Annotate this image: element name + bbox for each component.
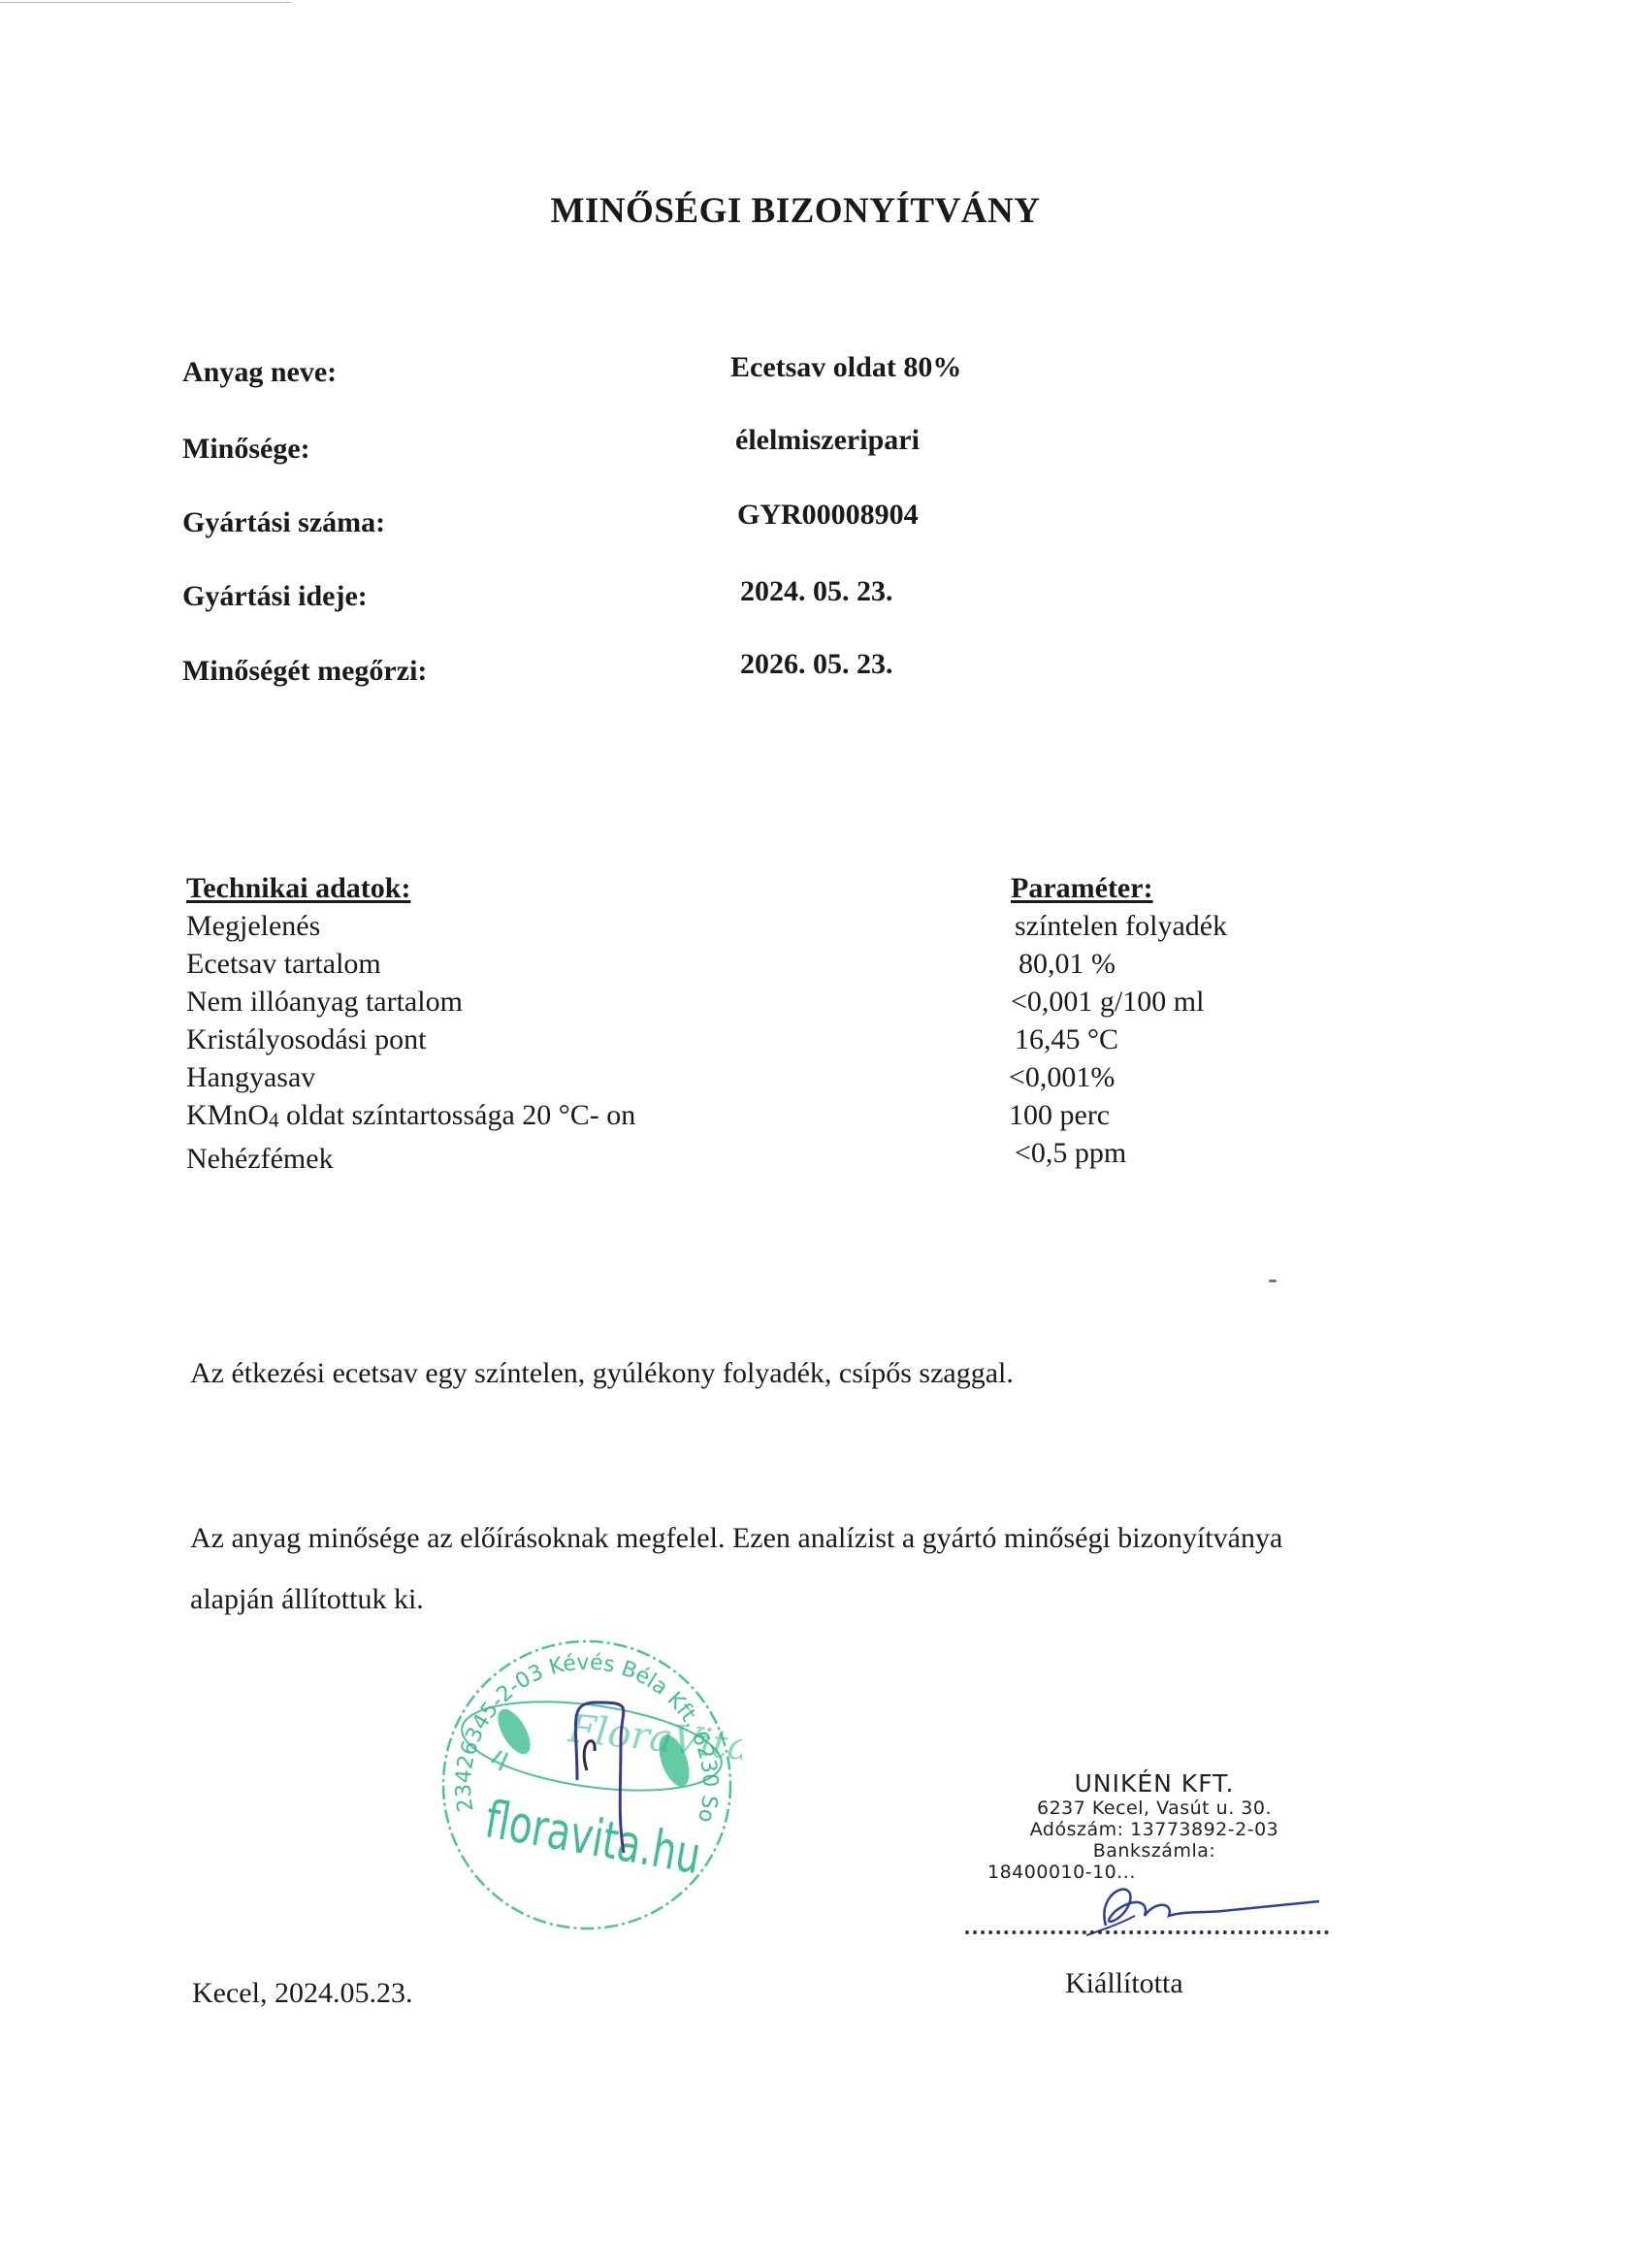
tech-name-kmno4: KMnO4 oldat színtartossága 20 °C- on <box>186 1096 635 1140</box>
scan-speck <box>1269 1280 1277 1282</box>
company-stamp: UNIKÉN KFT. 6237 Kecel, Vasút u. 30. Adó… <box>970 1770 1339 1883</box>
label-product-name: Anyag neve: <box>182 355 337 390</box>
tech-value-heavy-metals: <0,5 ppm <box>1009 1134 1227 1172</box>
company-address: 6237 Kecel, Vasút u. 30. <box>970 1798 1339 1819</box>
tech-value-appearance: színtelen folyadék <box>1009 907 1227 945</box>
document-title: MINŐSÉGI BIZONYÍTVÁNY <box>0 190 1591 232</box>
kmno4-suffix: oldat színtartossága 20 °C- on <box>279 1099 636 1131</box>
stamp-website-text: floravita.hu <box>481 1789 705 1885</box>
tech-value-crystallization: 16,45 °C <box>1009 1021 1227 1058</box>
conformity-text-line1: Az anyag minősége az előírásoknak megfel… <box>190 1521 1282 1556</box>
parameter-heading: Paraméter: <box>1009 869 1227 907</box>
technical-data-heading: Technikai adatok: <box>186 869 635 907</box>
company-name: UNIKÉN KFT. <box>970 1770 1339 1798</box>
company-tax-number: Adószám: 13773892-2-03 <box>970 1819 1339 1840</box>
value-quality: élelmiszeripari <box>735 423 920 458</box>
label-batch-number: Gyártási száma: <box>182 505 385 540</box>
tech-value-nonvolatile: <0,001 g/100 ml <box>1009 983 1227 1021</box>
scan-edge-line <box>0 2 291 3</box>
value-best-before: 2026. 05. 23. <box>740 647 893 682</box>
tech-name-acetic-acid: Ecetsav tartalom <box>186 945 635 983</box>
signature-line <box>965 1930 1329 1934</box>
kmno4-subscript: 4 <box>269 1109 279 1132</box>
tech-name-heavy-metals: Nehézfémek <box>186 1140 635 1178</box>
stamp-logo-text: FloraVita <box>566 1706 742 1770</box>
tech-value-formic-acid: <0,001% <box>1009 1058 1227 1096</box>
label-quality: Minősége: <box>182 432 310 467</box>
tech-name-crystallization: Kristályosodási pont <box>186 1021 635 1058</box>
label-best-before: Minőségét megőrzi: <box>182 654 427 689</box>
supplier-stamp: 23426345-2-03 Kévés Béla Kft. 6230 Soltv… <box>432 1625 742 1935</box>
tech-name-formic-acid: Hangyasav <box>186 1058 635 1096</box>
tech-value-kmno4: 100 perc <box>1009 1096 1227 1134</box>
value-batch-number: GYR00008904 <box>737 498 919 533</box>
tech-name-nonvolatile: Nem illóanyag tartalom <box>186 983 635 1021</box>
value-product-name: Ecetsav oldat 80% <box>730 350 961 385</box>
technical-data-names: Technikai adatok: Megjelenés Ecetsav tar… <box>186 869 635 1178</box>
conformity-text-line2: alapján állítottuk ki. <box>190 1582 424 1617</box>
kmno4-prefix: KMnO <box>186 1099 269 1131</box>
tech-name-appearance: Megjelenés <box>186 907 635 945</box>
technical-data-values: Paraméter: színtelen folyadék 80,01 % <0… <box>1009 869 1227 1172</box>
label-production-date: Gyártási ideje: <box>182 579 368 614</box>
company-bank-label: Bankszámla: <box>970 1840 1339 1862</box>
description-text: Az étkezési ecetsav egy színtelen, gyúlé… <box>190 1356 1014 1391</box>
issued-by-label: Kiállította <box>1065 1967 1183 2000</box>
value-production-date: 2024. 05. 23. <box>740 574 893 609</box>
place-and-date: Kecel, 2024.05.23. <box>192 1977 412 2010</box>
tech-value-acetic-acid: 80,01 % <box>1009 945 1227 983</box>
